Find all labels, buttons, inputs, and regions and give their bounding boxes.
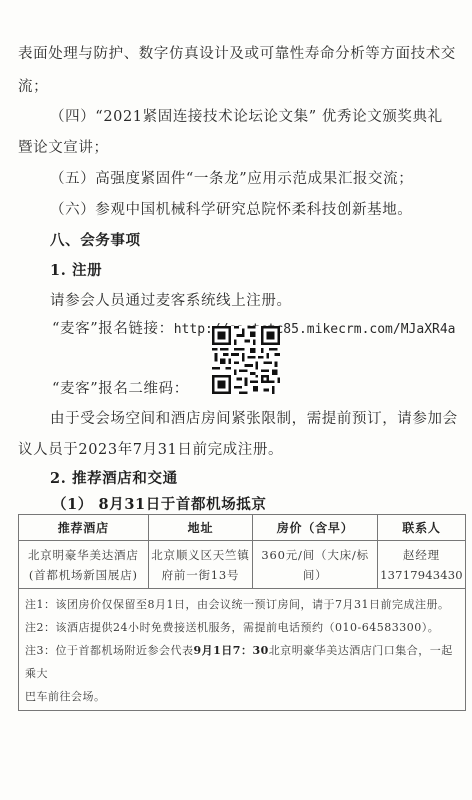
notes-cell: 注1：该团房价仅保留至8月1日，由会议统一预订房间，请于7月31日前完成注册。 …	[19, 589, 466, 711]
agenda-item-4-cont: 暨论文宣讲；	[18, 139, 109, 157]
registration-notice-cont: 议人员于2023年7月31日前完成注册。	[18, 441, 283, 459]
qr-code-icon[interactable]	[212, 326, 280, 394]
qr-code-label: “麦客”报名二维码：	[52, 380, 189, 398]
contact-phone: 13717943430	[380, 565, 463, 585]
hotel-table: 推荐酒店 地址 房价（含早） 联系人 北京明豪华美达酒店(首都机场新国展店) 北…	[18, 514, 466, 711]
table-header-row: 推荐酒店 地址 房价（含早） 联系人	[19, 515, 466, 541]
note-3-prefix: 注3：位于首都机场附近参会代表	[25, 644, 194, 657]
hotel-name-cell: 北京明豪华美达酒店(首都机场新国展店)	[19, 541, 149, 589]
subsection-heading-registration: 1. 注册	[50, 262, 102, 280]
table-row: 北京明豪华美达酒店(首都机场新国展店) 北京顺义区天竺镇府前一街13号 360元…	[19, 541, 466, 589]
note-3-time: 9月1日7：30	[194, 644, 269, 657]
column-header-hotel: 推荐酒店	[19, 515, 149, 541]
hotel-address-cell: 北京顺义区天竺镇府前一街13号	[148, 541, 253, 589]
note-1: 注1：该团房价仅保留至8月1日，由会议统一预订房间，请于7月31日前完成注册。	[25, 593, 459, 616]
note-2: 注2：该酒店提供24小时免费接送机服务，需提前电话预约（010-64583300…	[25, 616, 459, 639]
column-header-contact: 联系人	[377, 515, 465, 541]
registration-link-label: “麦客”报名链接：	[52, 321, 174, 337]
subsection-heading-hotel: 2. 推荐酒店和交通	[50, 470, 178, 488]
column-header-address: 地址	[148, 515, 253, 541]
registration-notice: 由于受会场空间和酒店房间紧张限制，需提前预订，请参加会	[50, 410, 458, 428]
column-header-price: 房价（含早）	[253, 515, 378, 541]
section-heading: 八、会务事项	[50, 232, 141, 250]
note-3-cont: 巴车前往会场。	[25, 685, 459, 708]
hotel-price-cell: 360元/间（大床/标间）	[253, 541, 378, 589]
registration-text: 请参会人员通过麦客系统线上注册。	[50, 292, 292, 310]
contact-name: 赵经理	[380, 545, 463, 565]
agenda-item-5: （五）高强度紧固件“一条龙”应用示范成果汇报交流；	[50, 170, 413, 188]
table-notes-row: 注1：该团房价仅保留至8月1日，由会议统一预订房间，请于7月31日前完成注册。 …	[19, 589, 466, 711]
agenda-item-4: （四）“2021紧固连接技术论坛论文集” 优秀论文颁奖典礼	[50, 108, 443, 126]
hotel-part-heading: （1） 8月31日于首都机场抵京	[52, 496, 267, 514]
hotel-contact-cell: 赵经理 13717943430	[377, 541, 465, 589]
paragraph-line: 表面处理与防护、数字仿真设计及或可靠性寿命分析等方面技术交	[18, 45, 456, 63]
agenda-item-6: （六）参观中国机械科学研究总院怀柔科技创新基地。	[50, 201, 412, 219]
note-3: 注3：位于首都机场附近参会代表9月1日7：30北京明豪华美达酒店门口集合，一起乘…	[25, 639, 459, 685]
paragraph-line: 流；	[18, 78, 48, 96]
